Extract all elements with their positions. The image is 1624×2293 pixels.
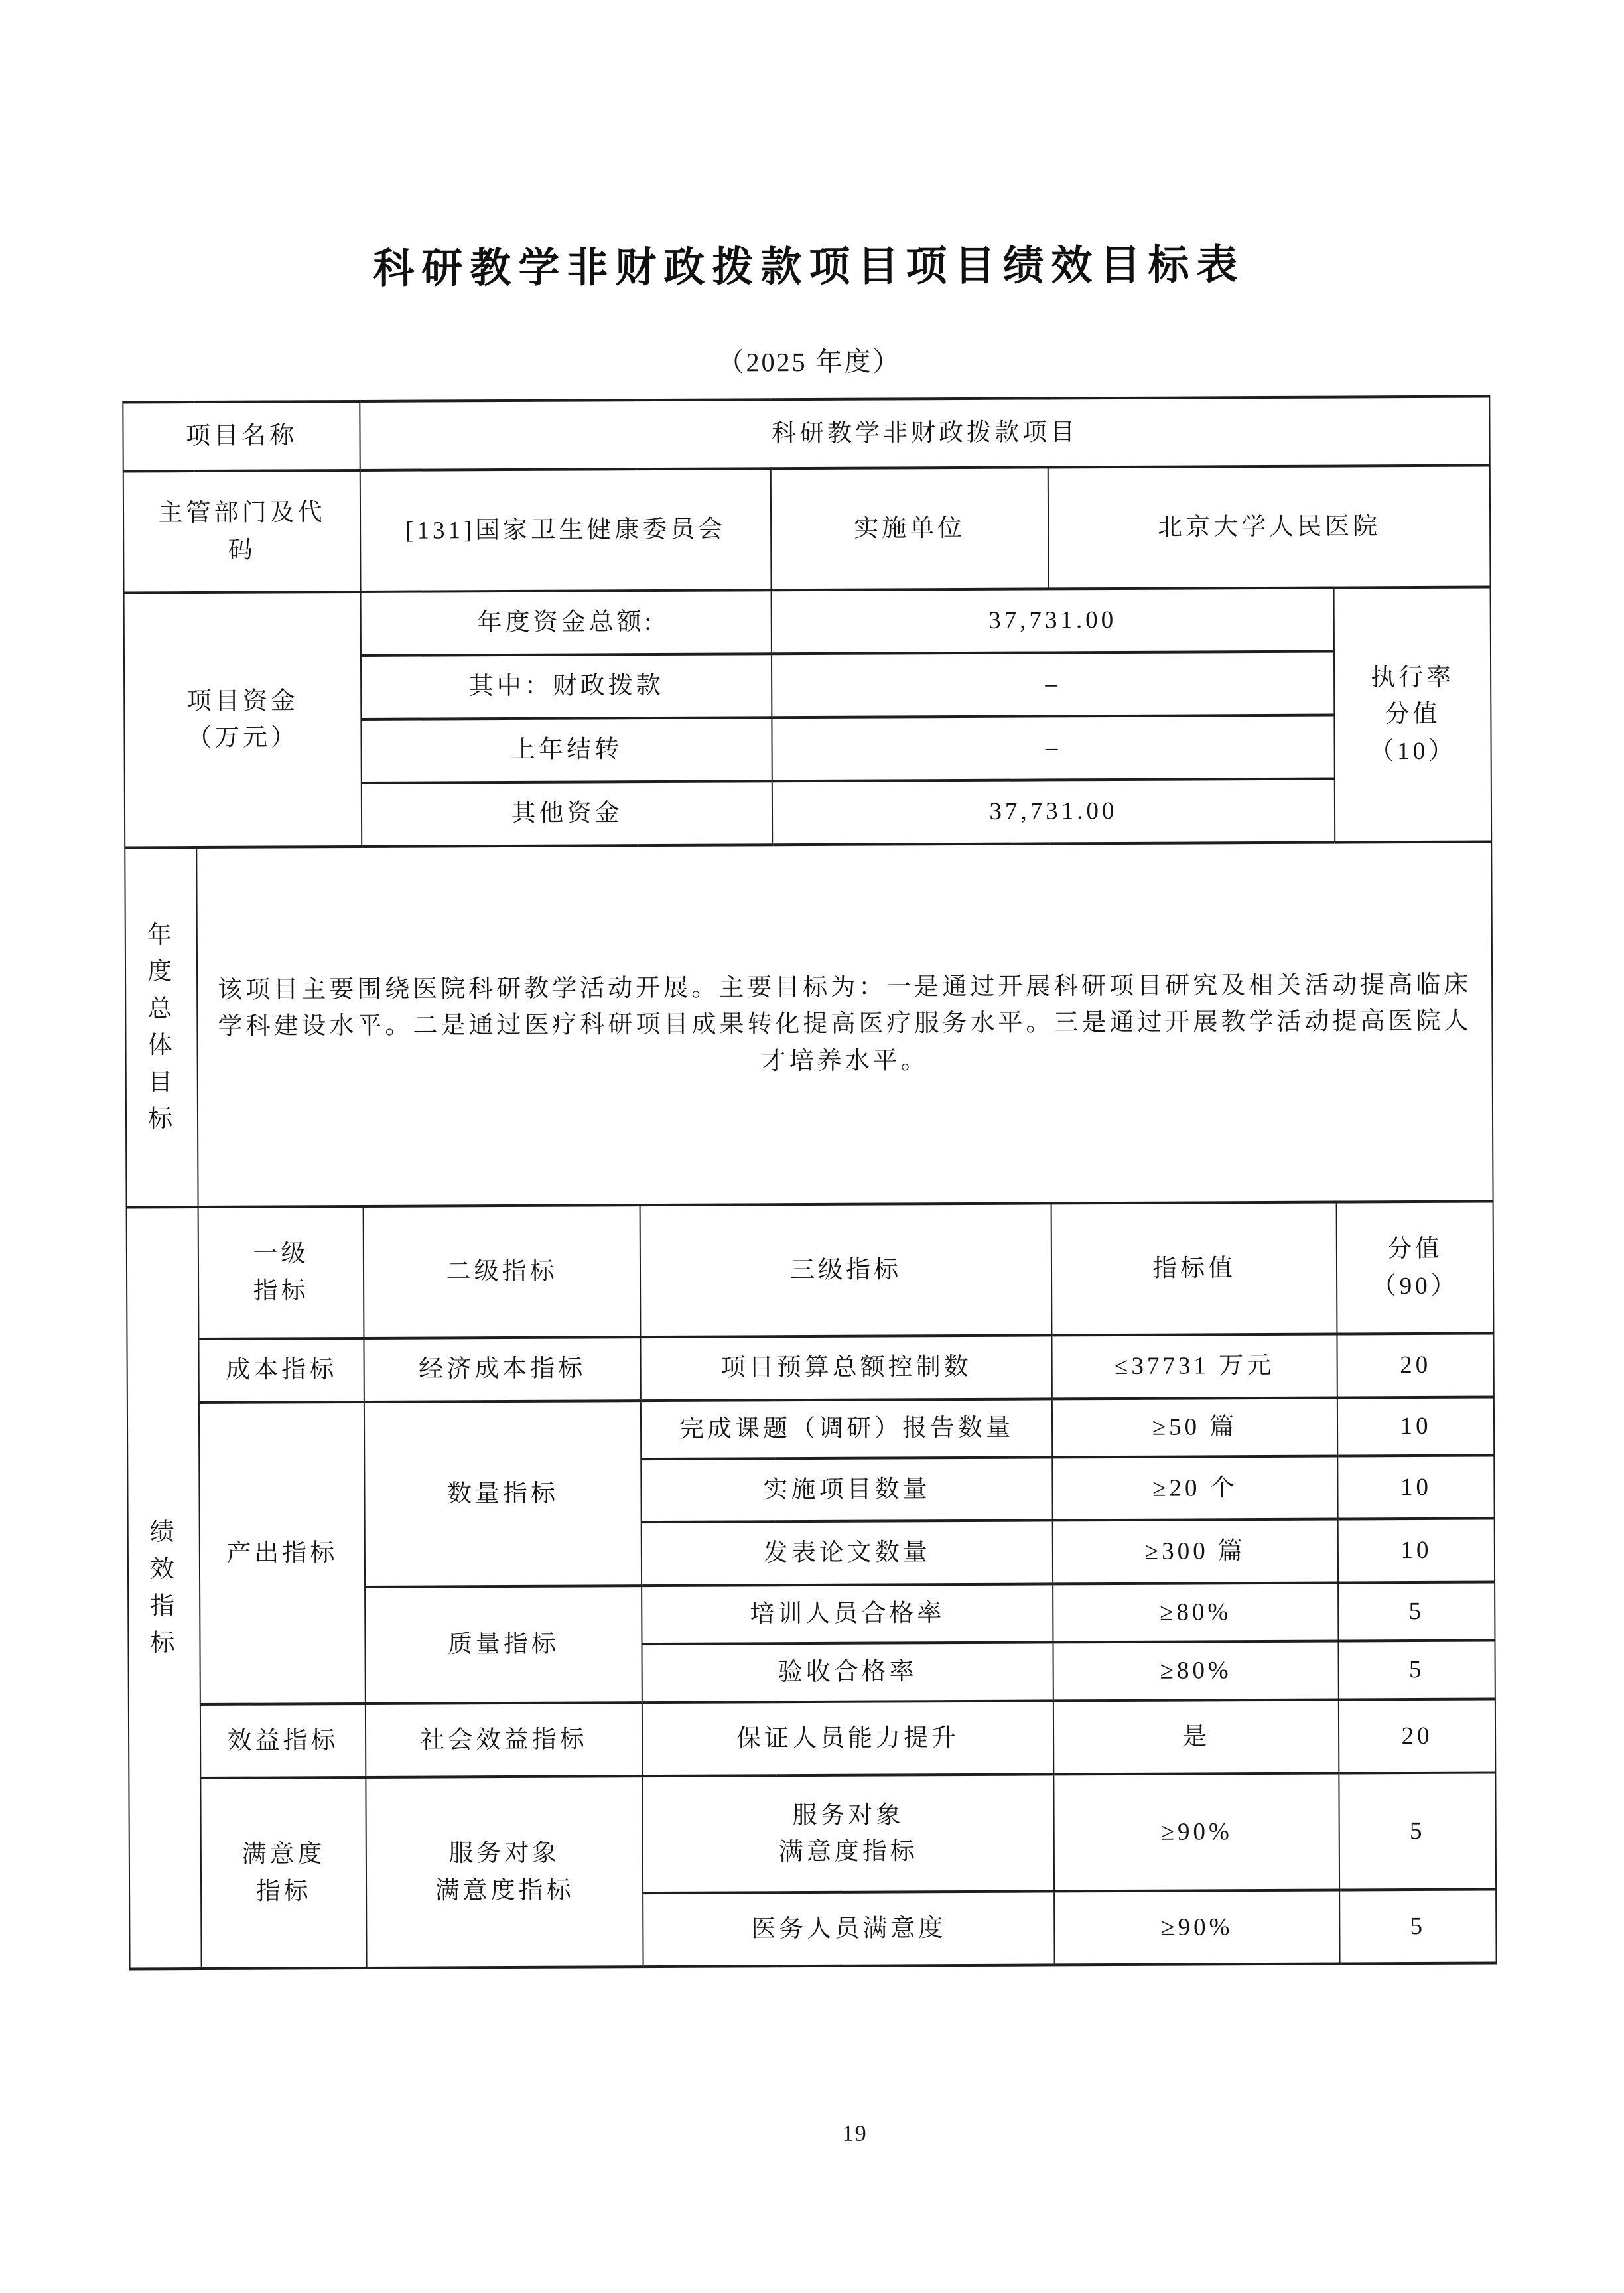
dept-code-label: 主管部门及代 码	[123, 470, 361, 593]
score-training-pass: 5	[1338, 1582, 1495, 1641]
score-projects: 10	[1337, 1456, 1494, 1519]
score-budget-control: 20	[1337, 1334, 1493, 1398]
table-row-reports: 产出指标 数量指标 完成课题（调研）报告数量 ≥50 篇 10	[127, 1397, 1494, 1462]
table-row-cost: 成本指标 经济成本指标 项目预算总额控制数 ≤37731 万元 20	[127, 1334, 1493, 1403]
l3-service-satisfaction: 服务对象 满意度指标	[642, 1774, 1054, 1893]
value-projects: ≥20 个	[1052, 1456, 1337, 1521]
value-training-pass: ≥80%	[1053, 1583, 1338, 1643]
l3-reports: 完成课题（调研）报告数量	[641, 1399, 1052, 1459]
project-name-label: 项目名称	[123, 401, 360, 472]
page-number: 19	[843, 2122, 868, 2147]
project-name-value: 科研教学非财政拨款项目	[360, 397, 1490, 470]
l2-quantity: 数量指标	[364, 1401, 642, 1587]
table-row-benefit: 效益指标 社会效益指标 保证人员能力提升 是 20	[129, 1699, 1496, 1779]
score-reports: 10	[1337, 1397, 1494, 1456]
value-acceptance-pass: ≥80%	[1053, 1641, 1338, 1701]
header-level3: 三级指标	[640, 1203, 1052, 1337]
l3-capability: 保证人员能力提升	[642, 1701, 1053, 1776]
l1-benefit: 效益指标	[200, 1704, 366, 1778]
value-budget-control: ≤37731 万元	[1051, 1334, 1337, 1399]
header-score: 分值 （90）	[1337, 1202, 1494, 1334]
l2-economic-cost: 经济成本指标	[364, 1337, 640, 1402]
l3-budget-control: 项目预算总额控制数	[640, 1335, 1051, 1401]
funding-label: 项目资金 （万元）	[124, 592, 362, 848]
value-reports: ≥50 篇	[1052, 1398, 1337, 1458]
score-service-satisfaction: 5	[1339, 1773, 1496, 1890]
l2-quality: 质量指标	[365, 1586, 642, 1704]
impl-unit-value: 北京大学人民医院	[1048, 466, 1491, 589]
score-capability: 20	[1339, 1699, 1496, 1773]
l3-staff-satisfaction: 医务人员满意度	[643, 1891, 1054, 1967]
funding-total-label: 年度资金总额:	[361, 590, 772, 656]
header-indicator-value: 指标值	[1051, 1202, 1337, 1336]
l1-output: 产出指标	[199, 1402, 366, 1704]
value-capability: 是	[1053, 1700, 1339, 1775]
score-staff-satisfaction: 5	[1339, 1890, 1497, 1964]
l1-cost: 成本指标	[198, 1338, 364, 1403]
l3-training-pass: 培训人员合格率	[642, 1584, 1053, 1644]
annual-goal-text: 该项目主要围绕医院科研教学活动开展。主要目标为：一是通过开展科研项目研究及相关活…	[196, 842, 1493, 1208]
table-row-indicator-header: 绩 效 指 标 一级 指标 二级指标 三级指标 指标值 分值 （90）	[127, 1202, 1494, 1340]
performance-target-table: 项目名称 科研教学非财政拨款项目 主管部门及代 码 [131]国家卫生健康委员会…	[122, 395, 1497, 1971]
document-sheet: 科研教学非财政拨款项目项目绩效目标表 （2025 年度） 项目名称 科研教学非财…	[0, 0, 1624, 2293]
header-level2: 二级指标	[364, 1205, 641, 1338]
annual-goal-label: 年 度 总 体 目 标	[125, 847, 198, 1207]
scanned-document-page: 科研教学非财政拨款项目项目绩效目标表 （2025 年度） 项目名称 科研教学非财…	[0, 0, 1624, 2293]
funding-carryover-label: 上年结转	[361, 717, 772, 783]
exec-rate-score-label: 执行率 分值 （10）	[1334, 587, 1492, 843]
performance-indicator-label: 绩 效 指 标	[127, 1207, 202, 1969]
value-papers: ≥300 篇	[1053, 1519, 1338, 1584]
impl-unit-label: 实施单位	[771, 467, 1049, 590]
l2-social-benefit: 社会效益指标	[366, 1702, 642, 1777]
l3-projects: 实施项目数量	[641, 1457, 1052, 1522]
page-subtitle: （2025 年度）	[0, 338, 1621, 383]
funding-fiscal-label: 其中：财政拨款	[361, 654, 772, 719]
table-row-service-satisfaction: 满意度 指标 服务对象 满意度指标 服务对象 满意度指标 ≥90% 5	[129, 1773, 1496, 1896]
value-staff-satisfaction: ≥90%	[1054, 1890, 1339, 1965]
header-level1: 一级 指标	[198, 1206, 364, 1339]
l2-service-satisfaction: 服务对象 满意度指标	[366, 1776, 643, 1968]
funding-other-value: 37,731.00	[772, 779, 1335, 845]
funding-fiscal-value: –	[772, 652, 1334, 718]
l1-satisfaction: 满意度 指标	[200, 1777, 366, 1969]
page-title: 科研教学非财政拨款项目项目绩效目标表	[0, 230, 1621, 297]
value-service-satisfaction: ≥90%	[1053, 1773, 1339, 1892]
funding-other-label: 其他资金	[362, 781, 772, 847]
funding-carryover-value: –	[772, 715, 1334, 782]
l3-acceptance-pass: 验收合格率	[642, 1642, 1053, 1702]
table-row-project-name: 项目名称 科研教学非财政拨款项目	[123, 397, 1489, 472]
table-row-funding-total: 项目资金 （万元） 年度资金总额: 37,731.00 执行率 分值 （10）	[124, 587, 1491, 657]
table-row-dept: 主管部门及代 码 [131]国家卫生健康委员会 实施单位 北京大学人民医院	[123, 466, 1491, 593]
dept-code-value: [131]国家卫生健康委员会	[360, 468, 772, 592]
score-papers: 10	[1338, 1519, 1495, 1583]
funding-total-value: 37,731.00	[772, 588, 1334, 654]
l3-papers: 发表论文数量	[642, 1520, 1053, 1586]
score-acceptance-pass: 5	[1338, 1641, 1495, 1700]
table-row-annual-goal: 年 度 总 体 目 标 该项目主要围绕医院科研教学活动开展。主要目标为：一是通过…	[125, 842, 1493, 1208]
